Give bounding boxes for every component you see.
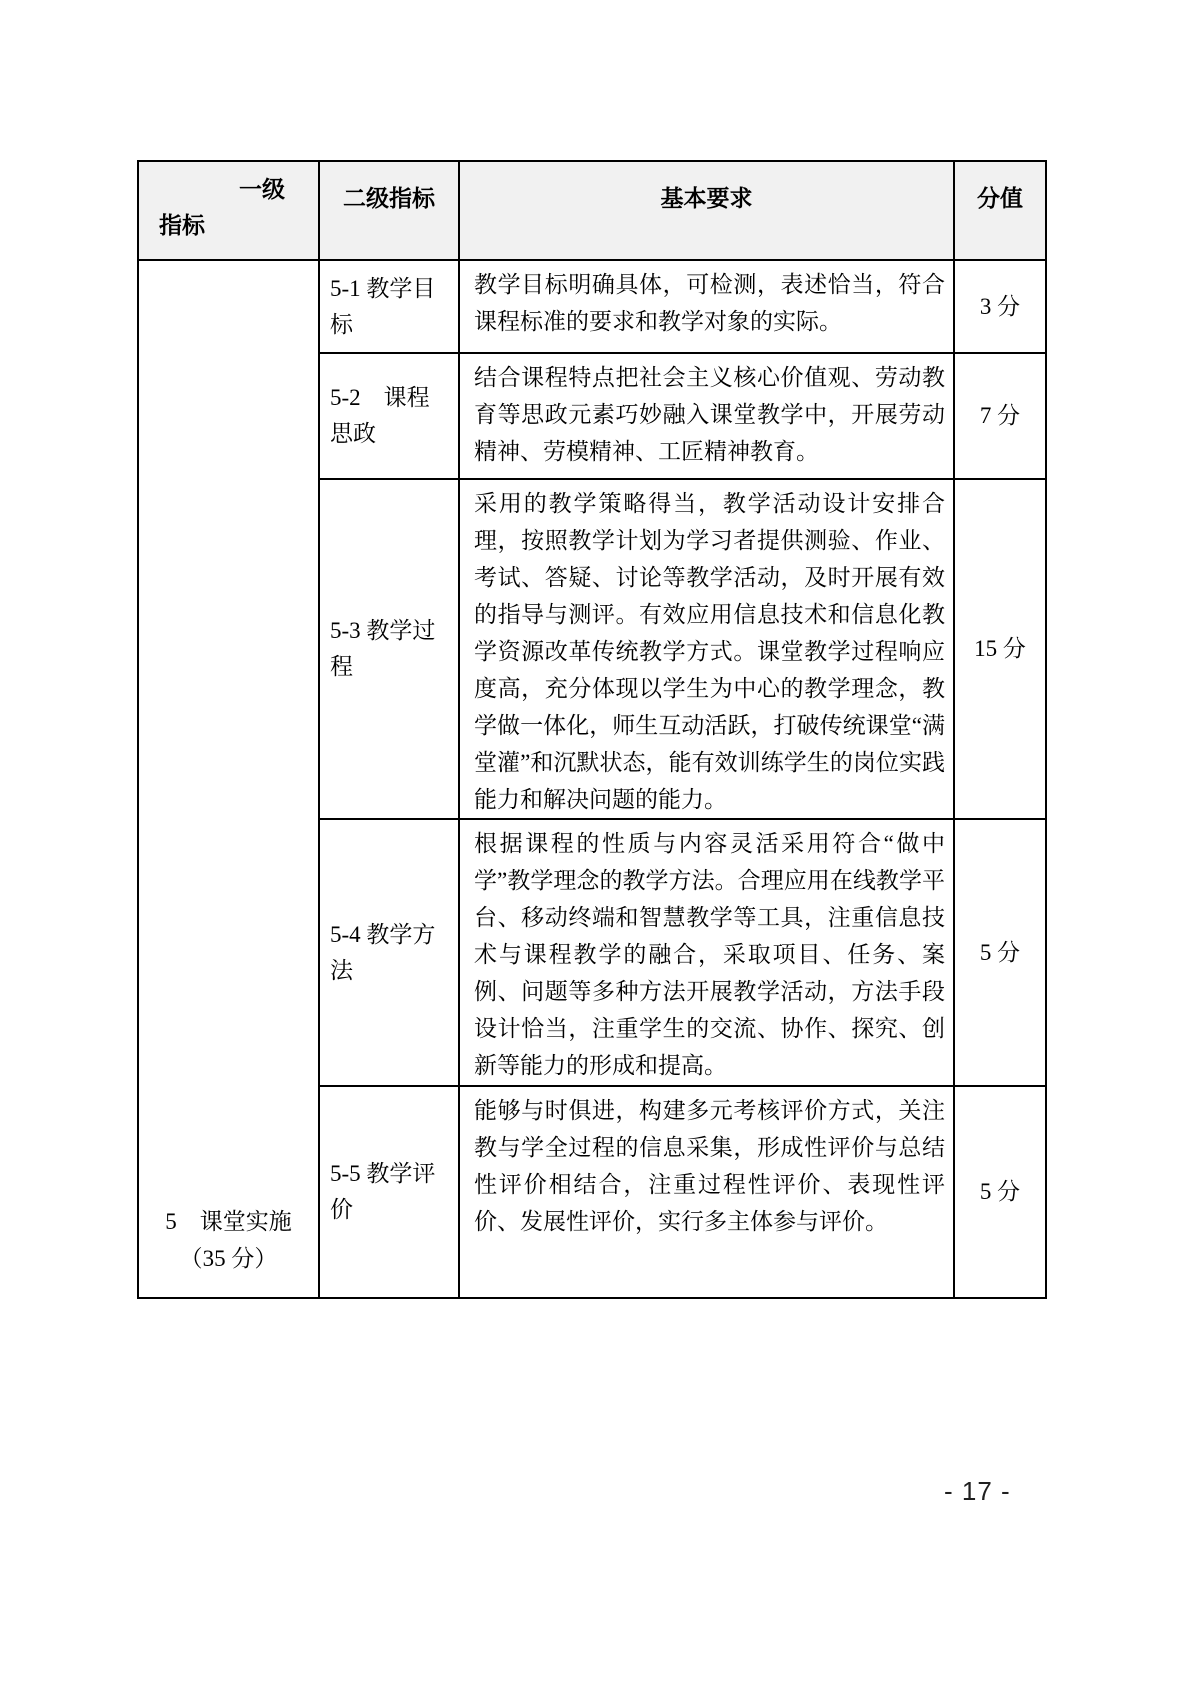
sub-indicator-5-3: 5-3 教学过程	[319, 479, 459, 819]
sub-indicator-5-5: 5-5 教学评价	[319, 1086, 459, 1298]
header-level2-indicator: 二级指标	[319, 161, 459, 260]
sub-indicator-5-2: 5-2 课程思政	[319, 353, 459, 479]
requirement-5-2: 结合课程特点把社会主义核心价值观、劳动教育等思政元素巧妙融入课堂教学中，开展劳动…	[459, 353, 954, 479]
header-level1-indicator: 一级 指标	[138, 161, 319, 260]
header-basic-requirements: 基本要求	[459, 161, 954, 260]
level1-indicator-score: （35 分）	[143, 1240, 314, 1277]
sub-indicator-5-1: 5-1 教学目标	[319, 260, 459, 353]
header-level1-line1: 一级	[139, 172, 318, 208]
requirement-5-1: 教学目标明确具体，可检测，表述恰当，符合课程标准的要求和教学对象的实际。	[459, 260, 954, 353]
page-number: - 17 -	[944, 1476, 1011, 1506]
score-5-2: 7 分	[954, 353, 1046, 479]
sub-indicator-5-4: 5-4 教学方法	[319, 819, 459, 1086]
requirement-5-3: 采用的教学策略得当，教学活动设计安排合理，按照教学计划为学习者提供测验、作业、考…	[459, 479, 954, 819]
level1-indicator-cell: 5 课堂实施 （35 分）	[138, 260, 319, 1298]
score-5-1: 3 分	[954, 260, 1046, 353]
evaluation-criteria-table: 一级 指标 二级指标 基本要求 分值 5 课堂实施 （35 分） 5-1 教学目…	[137, 160, 1047, 1299]
header-level1-line2: 指标	[139, 208, 318, 244]
score-5-3: 15 分	[954, 479, 1046, 819]
table-header-row: 一级 指标 二级指标 基本要求 分值	[138, 161, 1046, 260]
score-5-4: 5 分	[954, 819, 1046, 1086]
document-page: 一级 指标 二级指标 基本要求 分值 5 课堂实施 （35 分） 5-1 教学目…	[0, 0, 1191, 1684]
header-score: 分值	[954, 161, 1046, 260]
table-row: 5 课堂实施 （35 分） 5-1 教学目标 教学目标明确具体，可检测，表述恰当…	[138, 260, 1046, 353]
score-5-5: 5 分	[954, 1086, 1046, 1298]
requirement-5-4: 根据课程的性质与内容灵活采用符合“做中学”教学理念的教学方法。合理应用在线教学平…	[459, 819, 954, 1086]
requirement-5-5: 能够与时俱进，构建多元考核评价方式，关注教与学全过程的信息采集，形成性评价与总结…	[459, 1086, 954, 1298]
level1-indicator-name: 5 课堂实施	[143, 1203, 314, 1240]
